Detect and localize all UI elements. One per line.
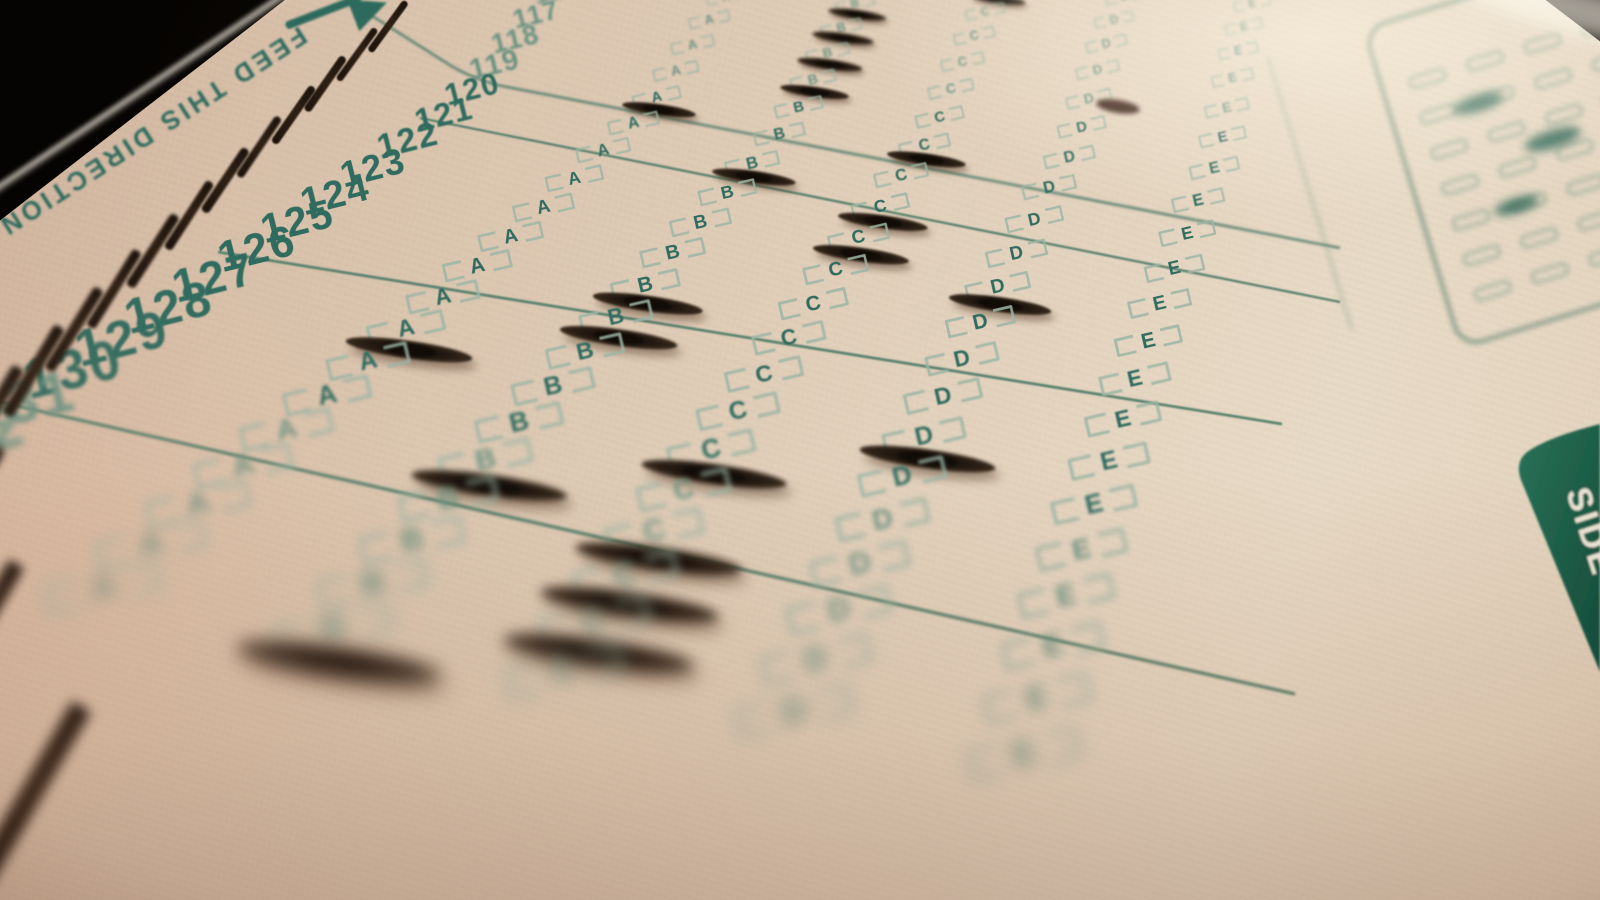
side-tab: SIDE <box>0 0 1600 900</box>
photo-canvas: BCDE115ABCDE116ABCDE117ABCDE118ABCDE119A… <box>0 0 1600 900</box>
